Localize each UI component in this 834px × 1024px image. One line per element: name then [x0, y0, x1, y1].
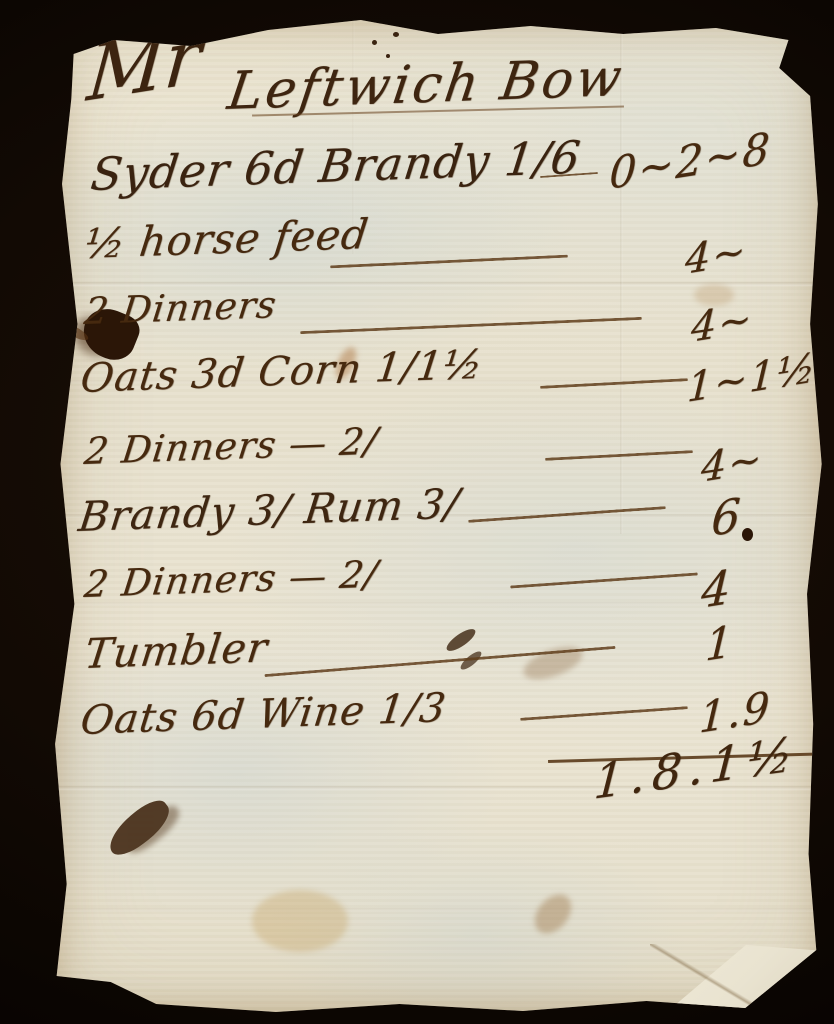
ledger-amount: 0~2~8	[608, 123, 773, 200]
ledger-item: 2 Dinners	[82, 283, 279, 333]
ledger-line: ½ horse feed 4~	[52, 220, 824, 294]
ledger-amount: 6	[710, 487, 744, 547]
document-header-prefix: Mr	[84, 10, 205, 119]
ledger-amount: 1	[704, 616, 736, 672]
ledger-amount: 4	[700, 559, 734, 619]
stain	[430, 16, 450, 28]
crease-line	[52, 908, 824, 912]
ledger-item: ½ horse feed	[82, 210, 371, 268]
folded-corner-seam	[650, 944, 760, 1010]
dash-rule	[468, 506, 666, 523]
ledger-amount: 4~	[690, 295, 755, 352]
ledger-line: Oats 3d Corn 1/1½ 1~1½	[52, 356, 824, 430]
document-paper: Mr Leftwich Bow Syder 6d Brandy 1/6 0~2~…	[52, 14, 824, 1014]
dash-rule	[540, 378, 688, 389]
ledger-item: 2 Dinners — 2/	[82, 553, 381, 606]
dash-rule	[264, 646, 615, 677]
ledger-amount: 4~	[700, 435, 765, 492]
dash-rule	[520, 706, 688, 721]
ink-spatter	[372, 40, 377, 45]
stain	[252, 890, 348, 952]
dash-rule	[510, 572, 698, 588]
ledger-line: Brandy 3/ Rum 3/ 6	[52, 493, 824, 567]
ink-blot	[101, 794, 176, 862]
ledger-line: Syder 6d Brandy 1/6 0~2~8	[52, 148, 824, 222]
stain	[527, 888, 578, 941]
ledger-item: Tumbler	[82, 623, 271, 678]
dash-rule	[545, 450, 693, 461]
ledger-amount: 4~	[684, 227, 749, 284]
dash-rule	[300, 317, 642, 334]
ink-spatter	[393, 32, 399, 37]
ledger-item: Syder 6d Brandy 1/6	[88, 131, 584, 201]
photo-background: Mr Leftwich Bow Syder 6d Brandy 1/6 0~2~…	[0, 0, 834, 1024]
ledger-item: 2 Dinners — 2/	[82, 420, 381, 473]
